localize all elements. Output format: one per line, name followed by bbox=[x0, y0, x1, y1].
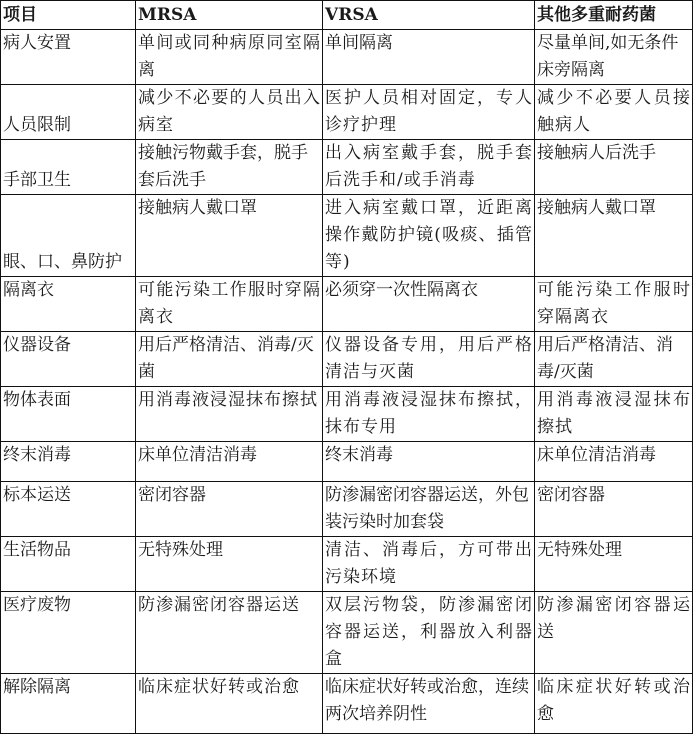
header-other-mdro: 其他多重耐药菌 bbox=[535, 1, 693, 30]
table-row: 人员限制 减少不必要的人员出入病室 医护人员相对固定，专人诊疗护理 减少不必要人… bbox=[1, 85, 693, 140]
row-item-label: 眼、口、鼻防护 bbox=[1, 195, 136, 277]
row-item-label: 解除隔离 bbox=[1, 674, 136, 726]
cell-other: 用消毒液浸湿抹布擦拭 bbox=[535, 387, 693, 442]
cell-vrsa: 必须穿一次性隔离衣 bbox=[323, 277, 535, 332]
table-row: 隔离衣 可能污染工作服时穿隔离衣 必须穿一次性隔离衣 可能污染工作服时穿隔离衣 bbox=[1, 277, 693, 332]
cell-vrsa: 终末消毒 bbox=[323, 442, 535, 482]
cell-mrsa: 无特殊处理 bbox=[136, 537, 323, 592]
row-item-label: 医疗废物 bbox=[1, 592, 136, 674]
row-item-label: 生活物品 bbox=[1, 537, 136, 592]
cell-mrsa: 单间或同种病原同室隔离 bbox=[136, 30, 323, 85]
cell-other: 尽量单间,如无条件床旁隔离 bbox=[535, 30, 693, 85]
table-row: 生活物品 无特殊处理 清洁、消毒后，方可带出污染环境 无特殊处理 bbox=[1, 537, 693, 592]
cell-other: 接触病人后洗手 bbox=[535, 140, 693, 195]
row-item-label: 病人安置 bbox=[1, 30, 136, 85]
cell-vrsa: 防渗漏密闭容器运送，外包装污染时加套袋 bbox=[323, 482, 535, 537]
cell-mrsa: 用消毒液浸湿抹布擦拭 bbox=[136, 387, 323, 442]
cell-vrsa: 清洁、消毒后，方可带出污染环境 bbox=[323, 537, 535, 592]
cell-mrsa: 密闭容器 bbox=[136, 482, 323, 537]
row-item-label: 人员限制 bbox=[1, 85, 136, 140]
table-row: 物体表面 用消毒液浸湿抹布擦拭 用消毒液浸湿抹布擦拭，抹布专用 用消毒液浸湿抹布… bbox=[1, 387, 693, 442]
cell-vrsa: 用消毒液浸湿抹布擦拭，抹布专用 bbox=[323, 387, 535, 442]
table-row: 仪器设备 用后严格清洁、消毒/灭菌 仪器设备专用，用后严格清洁与灭菌 用后严格清… bbox=[1, 332, 693, 387]
cell-other: 减少不必要人员接触病人 bbox=[535, 85, 693, 140]
cell-mrsa: 接触污物戴手套，脱手套后洗手 bbox=[136, 140, 323, 195]
table-row: 手部卫生 接触污物戴手套，脱手套后洗手 出入病室戴手套，脱手套后洗手和/或手消毒… bbox=[1, 140, 693, 195]
cell-other: 接触病人戴口罩 bbox=[535, 195, 693, 277]
cell-vrsa: 单间隔离 bbox=[323, 30, 535, 85]
table-row: 医疗废物 防渗漏密闭容器运送 双层污物袋，防渗漏密闭容器运送，利器放入利器盒 防… bbox=[1, 592, 693, 674]
cell-mrsa: 接触病人戴口罩 bbox=[136, 195, 323, 277]
cell-mrsa: 床单位清洁消毒 bbox=[136, 442, 323, 482]
table-row: 病人安置 单间或同种病原同室隔离 单间隔离 尽量单间,如无条件床旁隔离 bbox=[1, 30, 693, 85]
row-item-label: 终末消毒 bbox=[1, 442, 136, 482]
header-mrsa: MRSA bbox=[136, 1, 323, 30]
header-row: 项目 MRSA VRSA 其他多重耐药菌 bbox=[1, 1, 693, 30]
table-row: 终末消毒 床单位清洁消毒 终末消毒 床单位清洁消毒 bbox=[1, 442, 693, 482]
cell-other: 无特殊处理 bbox=[535, 537, 693, 592]
header-item: 项目 bbox=[1, 1, 136, 30]
cell-mrsa: 减少不必要的人员出入病室 bbox=[136, 85, 323, 140]
cell-vrsa: 临床症状好转或治愈，连续两次培养阴性 bbox=[323, 674, 535, 726]
row-item-label: 仪器设备 bbox=[1, 332, 136, 387]
cell-other: 防渗漏密闭容器运送 bbox=[535, 592, 693, 674]
cell-vrsa: 仪器设备专用，用后严格清洁与灭菌 bbox=[323, 332, 535, 387]
isolation-measures-table: 项目 MRSA VRSA 其他多重耐药菌 病人安置 单间或同种病原同室隔离 单间… bbox=[0, 0, 693, 725]
cell-other: 可能污染工作服时穿隔离衣 bbox=[535, 277, 693, 332]
cell-other: 用后严格清洁、消毒/灭菌 bbox=[535, 332, 693, 387]
cell-other: 床单位清洁消毒 bbox=[535, 442, 693, 482]
cell-mrsa: 用后严格清洁、消毒/灭菌 bbox=[136, 332, 323, 387]
cell-other: 临床症状好转或治愈 bbox=[535, 674, 693, 726]
table-row: 标本运送 密闭容器 防渗漏密闭容器运送，外包装污染时加套袋 密闭容器 bbox=[1, 482, 693, 537]
cell-mrsa: 可能污染工作服时穿隔离衣 bbox=[136, 277, 323, 332]
table-row: 眼、口、鼻防护 接触病人戴口罩 进入病室戴口罩，近距离操作戴防护镜(吸痰、插管等… bbox=[1, 195, 693, 277]
row-item-label: 隔离衣 bbox=[1, 277, 136, 332]
row-item-label: 标本运送 bbox=[1, 482, 136, 537]
cell-mrsa: 临床症状好转或治愈 bbox=[136, 674, 323, 726]
row-item-label: 物体表面 bbox=[1, 387, 136, 442]
cell-other: 密闭容器 bbox=[535, 482, 693, 537]
cell-vrsa: 医护人员相对固定，专人诊疗护理 bbox=[323, 85, 535, 140]
cell-vrsa: 进入病室戴口罩，近距离操作戴防护镜(吸痰、插管等) bbox=[323, 195, 535, 277]
table-row: 解除隔离 临床症状好转或治愈 临床症状好转或治愈，连续两次培养阴性 临床症状好转… bbox=[1, 674, 693, 726]
cell-mrsa: 防渗漏密闭容器运送 bbox=[136, 592, 323, 674]
row-item-label: 手部卫生 bbox=[1, 140, 136, 195]
cell-vrsa: 双层污物袋，防渗漏密闭容器运送，利器放入利器盒 bbox=[323, 592, 535, 674]
cell-vrsa: 出入病室戴手套，脱手套后洗手和/或手消毒 bbox=[323, 140, 535, 195]
header-vrsa: VRSA bbox=[323, 1, 535, 30]
